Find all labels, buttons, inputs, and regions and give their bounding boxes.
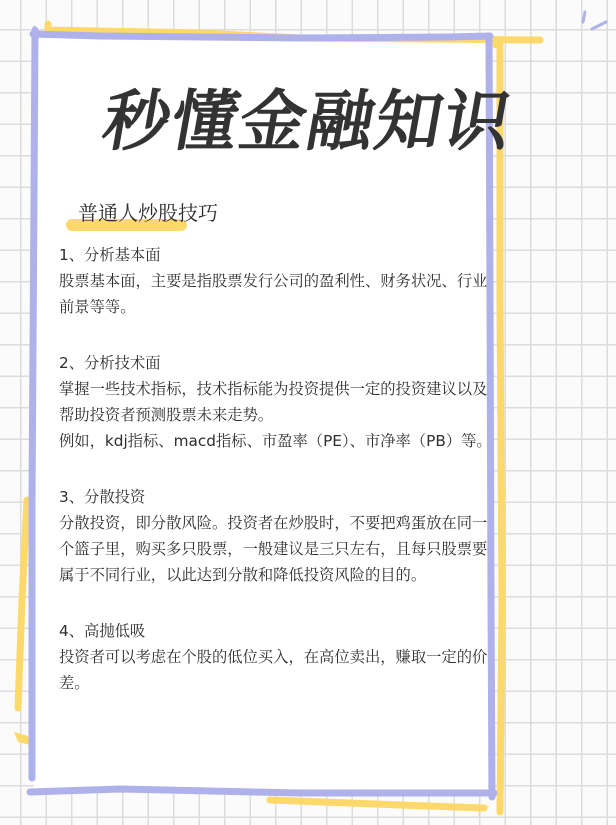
section-diversified-investment: 3、分散投资 分散投资，即分散风险。投资者在炒股时，不要把鸡蛋放在同一 个篮子里… <box>59 484 559 588</box>
section-heading: 4、高抛低吸 <box>59 618 559 644</box>
section-heading: 3、分散投资 <box>59 484 559 510</box>
yellow-corner-mark <box>14 732 30 745</box>
section-text: 个篮子里，购买多只股票，一般建议是三只左右，且每只股票要 <box>59 536 559 562</box>
section-text: 前景等等。 <box>59 294 559 320</box>
subtitle-block: 普通人炒股技巧 <box>66 196 218 236</box>
section-fundamental-analysis: 1、分析基本面 股票基本面，主要是指股票发行公司的盈利性、财务状况、行业 前景等… <box>59 242 559 320</box>
tips-content: 1、分析基本面 股票基本面，主要是指股票发行公司的盈利性、财务状况、行业 前景等… <box>59 242 559 726</box>
section-text: 投资者可以考虑在个股的低位买入，在高位卖出，赚取一定的价 <box>59 644 559 670</box>
sparkle-accent-icon <box>583 12 606 29</box>
section-text: 例如，kdj指标、macd指标、市盈率（PE）、市净率（PB）等。 <box>59 428 559 454</box>
section-text: 差。 <box>59 670 559 696</box>
section-text: 分散投资，即分散风险。投资者在炒股时，不要把鸡蛋放在同一 <box>59 510 559 536</box>
section-text: 帮助投资者预测股票未来走势。 <box>59 402 559 428</box>
section-heading: 2、分析技术面 <box>59 350 559 376</box>
section-text: 掌握一些技术指标，技术指标能为投资提供一定的投资建议以及 <box>59 376 559 402</box>
section-buy-low-sell-high: 4、高抛低吸 投资者可以考虑在个股的低位买入，在高位卖出，赚取一定的价 差。 <box>59 618 559 696</box>
section-heading: 1、分析基本面 <box>59 242 559 268</box>
page-title: 秒懂金融知识 <box>0 82 616 162</box>
section-technical-analysis: 2、分析技术面 掌握一些技术指标，技术指标能为投资提供一定的投资建议以及 帮助投… <box>59 350 559 454</box>
section-text: 属于不同行业，以此达到分散和降低投资风险的目的。 <box>59 562 559 588</box>
section-text: 股票基本面，主要是指股票发行公司的盈利性、财务状况、行业 <box>59 268 559 294</box>
subtitle: 普通人炒股技巧 <box>66 196 218 230</box>
